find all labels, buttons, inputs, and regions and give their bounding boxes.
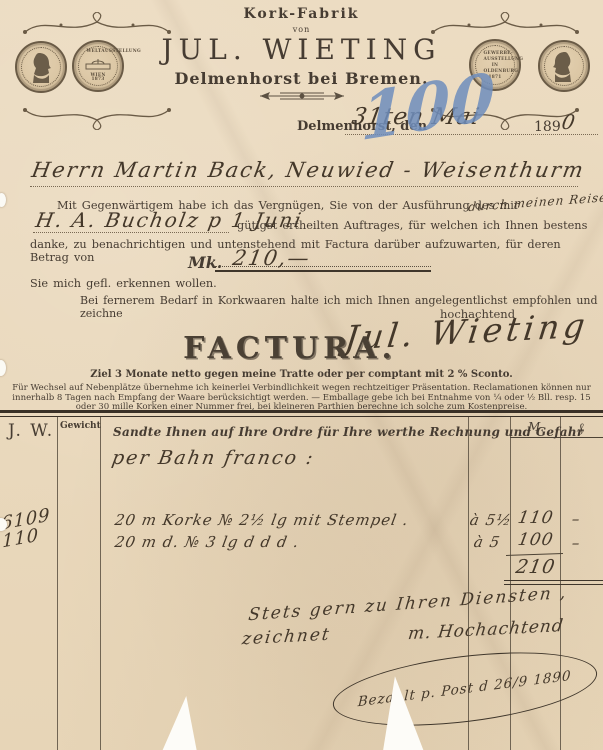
item-rate: à 5 — [472, 533, 501, 551]
table-vline — [100, 417, 101, 750]
table-top-rule — [0, 410, 603, 417]
year-printed: 189 — [534, 119, 561, 135]
item-rate: à 5½ — [468, 511, 513, 529]
flourish-ornament-icon — [17, 12, 177, 38]
item-amount-mark: 110 — [516, 508, 555, 528]
closing-handwritten-2: zeichnet — [241, 625, 332, 650]
payment-terms: Ziel 3 Monate netto gegen meine Tratte o… — [0, 369, 603, 380]
item-desc: 20 m d. № 3 lg d d d . — [113, 533, 300, 551]
year-handwritten: 0 — [560, 110, 578, 134]
addressee-handwritten: Herrn Martin Back, Neuwied - Weisenthurm — [30, 158, 587, 182]
column-header-jw: J. W. — [8, 421, 54, 441]
medal-inscription: GEWERBE- — [483, 51, 506, 55]
paid-note-handwritten: Bezahlt p. Post d 26/9 1890 — [358, 668, 572, 710]
medal-portrait-right — [538, 40, 590, 92]
invoice-sheet: Kork-Fabrik von JUL. WIETING Delmenhorst… — [0, 0, 603, 750]
paper-damage — [162, 694, 206, 750]
emperor-head-profile-icon — [549, 50, 577, 84]
divider-ornament-icon — [258, 90, 346, 102]
conditions-fine-print: Für Wechsel auf Nebenplätze übernehme ic… — [9, 384, 594, 413]
total-amount: 210 — [514, 556, 557, 578]
column-header-pfennig: ₰ — [577, 420, 584, 436]
body-line-1-handwritten: durch meinen Reisenden — [468, 188, 603, 214]
table-vline — [57, 417, 58, 750]
shipping-handwritten: per Bahn franco : — [110, 447, 316, 469]
medal-inscription: WIEN 1873 — [86, 73, 109, 82]
addressee-rule — [30, 186, 578, 187]
emperor-head-profile-icon — [27, 51, 55, 85]
item-amount-mark: 100 — [516, 530, 555, 550]
amount-rule — [215, 266, 431, 272]
item-desc: 20 m Korke № 2½ lg mit Stempel . — [113, 511, 410, 529]
flourish-ornament-icon — [425, 12, 585, 38]
sent-line-printed: Sandte Ihnen auf Ihre Ordre für Ihre wer… — [113, 425, 584, 439]
body-line-3: danke, zu benachrichtigen und untenstehe… — [30, 238, 603, 264]
hand-entry-rule — [33, 232, 229, 233]
paper-hole — [0, 193, 6, 207]
item-amount-pfennig: – — [570, 534, 582, 552]
flourish-ornament-icon — [17, 104, 177, 130]
closing-handwritten-3: m. Hochachtend — [407, 616, 565, 644]
medal-inscription: WELTAUSSTELLUNG — [86, 49, 109, 53]
exhibition-building-icon — [84, 58, 112, 70]
body-line-2: gütigst ertheilten Auftrages, für welche… — [237, 219, 587, 232]
factura-title: FACTURA. — [183, 331, 397, 366]
item-amount-pfennig: – — [570, 510, 582, 528]
medal-weltausstellung: WELTAUSSTELLUNG WIEN 1873 — [72, 40, 124, 92]
medal-group-left: WELTAUSSTELLUNG WIEN 1873 — [12, 12, 182, 130]
column-header-gewicht: Gewicht — [60, 421, 101, 431]
body-line-4: Sie mich gefl. erkennen wollen. — [30, 277, 217, 290]
column-header-mark: M. — [528, 420, 544, 434]
medal-portrait-left — [15, 41, 67, 93]
